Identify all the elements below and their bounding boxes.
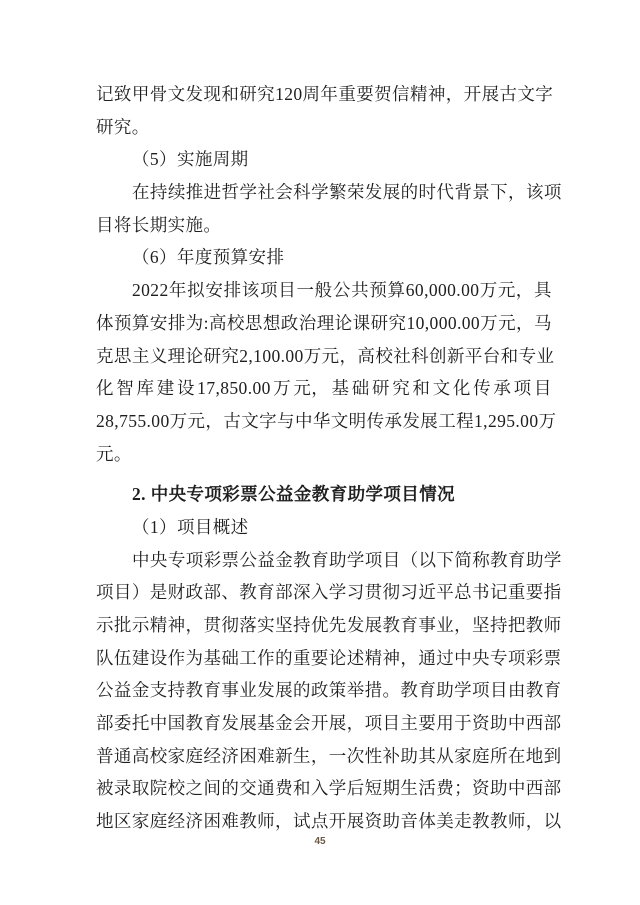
text-line: 研究。 [96, 111, 552, 144]
text-line: 元。 [96, 438, 552, 471]
text-line: 目将长期实施。 [96, 209, 552, 242]
text-line: 被录取院校之间的交通费和入学后短期生活费；资助中西部 [96, 772, 552, 805]
text-line: 示批示精神，贯彻落实坚持优先发展教育事业，坚持把教师 [96, 609, 552, 642]
text-line: （5）实施周期 [96, 143, 552, 176]
text-line: 在持续推进哲学社会科学繁荣发展的时代背景下，该项 [96, 176, 552, 209]
text-line: 部委托中国教育发展基金会开展，项目主要用于资助中西部 [96, 707, 552, 740]
text-line: 28,755.00万元，古文字与中华文明传承发展工程1,295.00万 [96, 405, 552, 438]
page-number: 45 [0, 836, 640, 847]
text-block: 记致甲骨文发现和研究120周年重要贺信精神，开展古文字研究。（5）实施周期在持续… [96, 78, 552, 838]
text-line: 地区家庭经济困难教师，试点开展资助音体美走教教师，以 [96, 805, 552, 838]
section-heading: 2. 中央专项彩票公益金教育助学项目情况 [96, 478, 552, 511]
text-line: 体预算安排为:高校思想政治理论课研究10,000.00万元，马 [96, 307, 552, 340]
text-line: 普通高校家庭经济困难新生，一次性补助其从家庭所在地到 [96, 740, 552, 773]
text-line: 中央专项彩票公益金教育助学项目（以下简称教育助学 [96, 544, 552, 577]
text-line: 化智库建设17,850.00万元，基础研究和文化传承项目 [96, 372, 552, 405]
text-line: 记致甲骨文发现和研究120周年重要贺信精神，开展古文字 [96, 78, 552, 111]
text-line: 克思主义理论研究2,100.00万元，高校社科创新平台和专业 [96, 340, 552, 373]
text-line: 项目）是财政部、教育部深入学习贯彻习近平总书记重要指 [96, 576, 552, 609]
text-line: （1）项目概述 [96, 511, 552, 544]
text-line: 队伍建设作为基础工作的重要论述精神，通过中央专项彩票 [96, 642, 552, 675]
text-line: 2022年拟安排该项目一般公共预算60,000.00万元，具 [96, 274, 552, 307]
text-line: 公益金支持教育事业发展的政策举措。教育助学项目由教育 [96, 674, 552, 707]
document-page: 记致甲骨文发现和研究120周年重要贺信精神，开展古文字研究。（5）实施周期在持续… [0, 0, 640, 905]
text-line: （6）年度预算安排 [96, 241, 552, 274]
